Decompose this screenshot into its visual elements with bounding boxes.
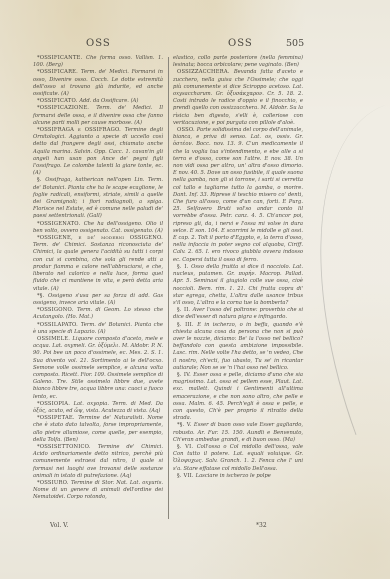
entry-text: Bevanda fatta d'aceto e zucchero, nella … [173, 69, 303, 125]
dictionary-entry: *OSSIFRAGA e OSSIFRAGO. Termine degli Or… [33, 127, 163, 177]
entry-text: Ossifraga, katherican nell'open Lin. Ter… [33, 177, 163, 219]
right-column: elastico, collo parte posteriore (nella … [173, 55, 303, 480]
signature-mark: *32 [256, 522, 267, 529]
entry-headword: §. III. [177, 322, 197, 328]
dictionary-entry: *OSSIGENE, e de' moderni OSSIGENO. Term.… [33, 235, 163, 293]
entry-headword: *§. [37, 293, 48, 299]
entry-headword: OSSIZZACCHERA. [177, 69, 234, 75]
dictionary-entry: *OSSIPETAE. Termine de' Naturalisti. Nom… [33, 415, 163, 444]
dictionary-entry: *OSSIFICARE. Term. de' Medici. Formarsi … [33, 69, 163, 98]
dictionary-entry: *OSSIURO. Termine di Stor. Nat. Lat. oxy… [33, 480, 163, 502]
entry-headword: §. II. [177, 307, 193, 313]
entry-headword: §. IV. [177, 372, 193, 378]
dictionary-entry: §. IV. Esser ossa e pelle, diciamo d'uno… [173, 372, 303, 422]
entry-headword: *OSSISETTONICO. [37, 444, 98, 450]
entry-headword: OSSIMELE. [37, 336, 72, 342]
entry-text: E in ischerzo, o in beffa, quando e'è ch… [173, 322, 303, 371]
entry-headword: *OSSIFRAGA e OSSIFRAGO. [37, 127, 125, 133]
entry-headword: *OSSIGENE, e de' moderni OSSIGENO. [37, 235, 163, 241]
dictionary-entry: *§. V. Esser di buon osso vale Esser gag… [173, 422, 303, 444]
entry-headword: *§. V. [177, 422, 194, 428]
entry-headword: §. [37, 177, 45, 183]
entry-headword: §. VI. [177, 444, 197, 450]
entry-text: Term. de' Chimici. Sostanza riconosciuta… [33, 242, 163, 291]
entry-text: Parte solidissima del corpo dell'animale… [173, 127, 303, 263]
entry-text: Ossigeno s'usa per sa forza di add. Gas … [33, 293, 163, 306]
entry-text: Lasciare in ischerzo le polpe [196, 473, 271, 479]
dictionary-entry: OSSIMELE. Liquore composto d'aceto, mele… [33, 336, 163, 401]
scanned-page: OSS OSS 505 *OSSIFICANTE. Che forma osso… [0, 0, 390, 579]
dictionary-entry: OSSO. Parte solidissima del corpo dell'a… [173, 127, 303, 264]
entry-headword: OSSO. [177, 127, 197, 133]
left-column: *OSSIFICANTE. Che forma osso. Vallisn. 1… [33, 55, 163, 502]
entry-text: Termine degli Ornitologici. Aggiunto a s… [33, 127, 163, 176]
entry-headword: *OSSIFICATO. [37, 98, 79, 104]
entry-headword: *OSSIFICANTE. [37, 55, 86, 61]
dictionary-entry: *OSSIFICAZIONE. Term. de' Medici. Il for… [33, 105, 163, 127]
entry-headword: *OSSIFICARE. [37, 69, 81, 75]
dictionary-entry: elastico, collo parte posteriore (nella … [173, 55, 303, 69]
entry-text: Esser ossa e pelle, diciamo d'uno che si… [173, 372, 303, 421]
entry-text: Osso della fruitta si dice il nocciolo. … [173, 264, 303, 306]
entry-headword: *OSSIOPIA. [37, 401, 74, 407]
entry-headword: *OSSIURO. [37, 480, 71, 486]
entry-headword: *OSSIFICAZIONE. [37, 105, 96, 111]
page-number: 505 [286, 38, 304, 49]
dictionary-entry: *OSSIFICATO. Add. da Ossificare. (A) [33, 98, 163, 105]
dictionary-entry: *OSSIGENATO. Che ha dell'ossigeno. Olio … [33, 221, 163, 235]
entry-text: elastico, collo parte posteriore (nella … [173, 55, 303, 68]
entry-headword: §. I. [177, 264, 191, 270]
dictionary-entry: *OSSIFICANTE. Che forma osso. Vallisn. 1… [33, 55, 163, 69]
dictionary-entry: *§. Ossigeno s'usa per sa forza di add. … [33, 293, 163, 307]
volume-label: Vol. V. [50, 522, 68, 529]
column-rule [168, 57, 169, 519]
dictionary-entry: §. Ossifraga, katherican nell'open Lin. … [33, 177, 163, 220]
entry-headword: *OSSILAPATO. [37, 322, 81, 328]
dictionary-entry: *OSSILAPATO. Term. de' Botanici. Pianta … [33, 322, 163, 336]
dictionary-entry: §. III. E in ischerzo, o in beffa, quand… [173, 322, 303, 372]
dictionary-entry: *OSSISETTONICO. Termine de' Chimici. Aci… [33, 444, 163, 480]
dictionary-entry: §. I. Osso della fruitta si dice il nocc… [173, 264, 303, 307]
entry-headword: *OSSIPETAE. [37, 415, 78, 421]
dictionary-entry: §. VII. Lasciare in ischerzo le polpe [173, 473, 303, 480]
dictionary-entry: OSSIZZACCHERA. Bevanda fatta d'aceto e z… [173, 69, 303, 127]
running-head-left: OSS [86, 38, 111, 49]
entry-headword: *OSSIGONO. [37, 307, 77, 313]
dictionary-entry: *OSSIGONO. Term. di Geom. Lo stesso che … [33, 307, 163, 321]
running-head-right: OSS [228, 38, 253, 49]
dictionary-entry: §. VI. Coll'ossa o Col midollo dell'ossa… [173, 444, 303, 473]
entry-headword: *OSSIGENATO. [37, 221, 84, 227]
entry-text: Aver l'osso del poltrone: proverbio che … [173, 307, 303, 320]
entry-text: Add. da Ossificare. (A) [79, 98, 138, 104]
dictionary-entry: §. II. Aver l'osso del poltrone: proverb… [173, 307, 303, 321]
entry-headword: §. VII. [177, 473, 196, 479]
entry-text: Liquore composto d'aceto, mele e acqua. … [33, 336, 163, 400]
dictionary-entry: *OSSIOPIA. Lat. oxyopia. Term. di Med. D… [33, 401, 163, 415]
